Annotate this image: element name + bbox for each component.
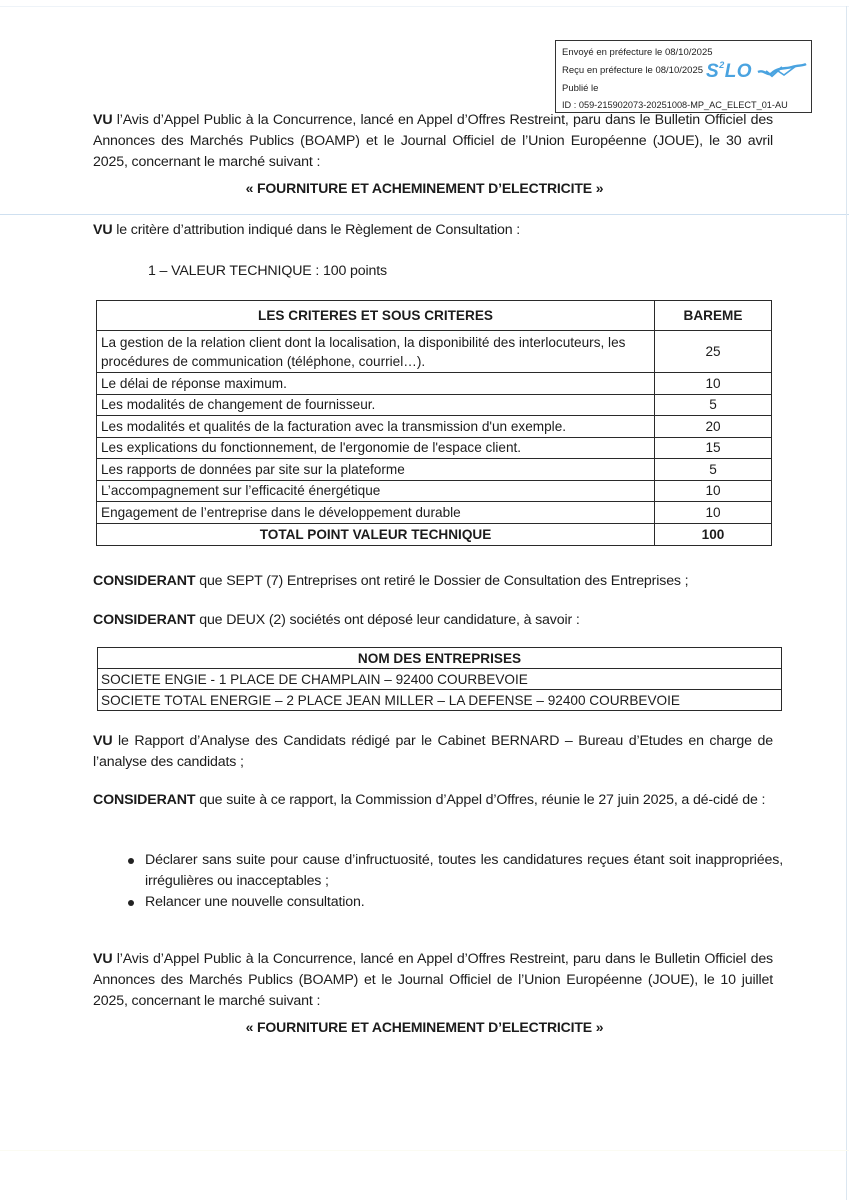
companies-column-header: NOM DES ENTREPRISES: [98, 648, 782, 669]
decision-list: Déclarer sans suite pour cause d’infruct…: [93, 850, 783, 913]
criterion-cell: L’accompagnement sur l’efficacité énergé…: [97, 480, 655, 502]
vu-label: VU: [93, 112, 112, 128]
points-cell: 10: [655, 502, 772, 524]
points-cell: 25: [655, 331, 772, 373]
decision-text: Déclarer sans suite pour cause d’infruct…: [145, 852, 783, 889]
companies-table: NOM DES ENTREPRISES SOCIETE ENGIE - 1 PL…: [97, 647, 782, 711]
stamp-id: ID : 059-215902073-20251008-MP_AC_ELECT_…: [562, 100, 788, 110]
criterion-cell: Les modalités et qualités de la facturat…: [97, 416, 655, 438]
vu-avis-paragraph-2: VU l’Avis d’Appel Public à la Concurrenc…: [93, 949, 773, 1012]
table-row: L’accompagnement sur l’efficacité énergé…: [97, 480, 772, 502]
considerant-paragraph-2: CONSIDERANT que DEUX (2) sociétés ont dé…: [93, 610, 833, 631]
criteria-table: LES CRITERES ET SOUS CRITERES BAREME La …: [96, 300, 772, 546]
stamp-published: Publié le: [562, 83, 598, 94]
table-row: Les explications du fonctionnement, de l…: [97, 437, 772, 459]
criteria-table-header: LES CRITERES ET SOUS CRITERES BAREME: [97, 301, 772, 331]
considerant-paragraph-3: CONSIDERANT que suite à ce rapport, la C…: [93, 790, 773, 811]
vu-rapport-paragraph: VU le Rapport d’Analyse des Candidats ré…: [93, 731, 773, 773]
vu-label: VU: [93, 951, 112, 967]
vu-label: VU: [93, 733, 112, 749]
stamp-received-date: Reçu en préfecture le 08/10/2025: [562, 65, 703, 76]
points-cell: 20: [655, 416, 772, 438]
considerant-label: CONSIDERANT: [93, 612, 195, 628]
table-row: Les rapports de données par site sur la …: [97, 459, 772, 481]
table-row: Engagement de l’entreprise dans le dével…: [97, 502, 772, 524]
vu-critere-text: le critère d’attribution indiqué dans le…: [112, 222, 520, 238]
bareme-column-header: BAREME: [655, 301, 772, 331]
points-cell: 10: [655, 480, 772, 502]
criterion-cell: Les explications du fonctionnement, de l…: [97, 437, 655, 459]
total-points: 100: [655, 523, 772, 545]
table-row: Les modalités de changement de fournisse…: [97, 394, 772, 416]
market-title-1: « FOURNITURE ET ACHEMINEMENT D’ELECTRICI…: [0, 178, 849, 199]
considerant-paragraph-1: CONSIDERANT que SEPT (7) Entreprises ont…: [93, 571, 833, 592]
companies-table-header: NOM DES ENTREPRISES: [98, 648, 782, 669]
criterion-cell: Engagement de l’entreprise dans le dével…: [97, 502, 655, 524]
vu-avis-paragraph-1: VU l’Avis d’Appel Public à la Concurrenc…: [93, 110, 773, 173]
vu-avis-text: l’Avis d’Appel Public à la Concurrence, …: [93, 951, 773, 1009]
stamp-sent-date: Envoyé en préfecture le 08/10/2025: [562, 47, 713, 58]
market-title-2: « FOURNITURE ET ACHEMINEMENT D’ELECTRICI…: [0, 1017, 849, 1038]
vu-avis-text: l’Avis d’Appel Public à la Concurrence, …: [93, 112, 773, 170]
vu-rapport-text: le Rapport d’Analyse des Candidats rédig…: [93, 733, 773, 770]
table-row: Les modalités et qualités de la facturat…: [97, 416, 772, 438]
table-row: La gestion de la relation client dont la…: [97, 331, 772, 373]
checkmark-swoosh-icon: [756, 63, 808, 79]
criterion-cell: La gestion de la relation client dont la…: [97, 331, 655, 373]
table-row: Le délai de réponse maximum. 10: [97, 373, 772, 395]
company-cell: SOCIETE TOTAL ENERGIE – 2 PLACE JEAN MIL…: [98, 690, 782, 711]
list-item: Déclarer sans suite pour cause d’infruct…: [93, 850, 783, 892]
scan-fold-line: [0, 214, 849, 215]
vu-label: VU: [93, 222, 112, 238]
considerant-label: CONSIDERANT: [93, 792, 195, 808]
scan-edge-top: [0, 6, 849, 7]
criterion-cell: Les rapports de données par site sur la …: [97, 459, 655, 481]
list-item: Relancer une nouvelle consultation.: [93, 892, 783, 913]
total-label: TOTAL POINT VALEUR TECHNIQUE: [97, 523, 655, 545]
considerant-text: que DEUX (2) sociétés ont déposé leur ca…: [195, 612, 579, 628]
prefecture-stamp: Envoyé en préfecture le 08/10/2025 Reçu …: [555, 40, 812, 113]
points-cell: 15: [655, 437, 772, 459]
vu-critere-paragraph: VU le critère d’attribution indiqué dans…: [93, 220, 773, 241]
considerant-text: que suite à ce rapport, la Commission d’…: [195, 792, 765, 808]
bullet-icon: [128, 858, 134, 864]
points-cell: 5: [655, 459, 772, 481]
total-row: TOTAL POINT VALEUR TECHNIQUE 100: [97, 523, 772, 545]
considerant-text: que SEPT (7) Entreprises ont retiré le D…: [195, 573, 688, 589]
bullet-icon: [128, 900, 134, 906]
scan-edge-bottom: [0, 1150, 849, 1151]
s2lo-logo: S2LO: [706, 60, 752, 83]
table-row: SOCIETE ENGIE - 1 PLACE DE CHAMPLAIN – 9…: [98, 669, 782, 690]
logo-letter: S: [706, 61, 719, 82]
company-cell: SOCIETE ENGIE - 1 PLACE DE CHAMPLAIN – 9…: [98, 669, 782, 690]
criterion-cell: Les modalités de changement de fournisse…: [97, 394, 655, 416]
criteria-column-header: LES CRITERES ET SOUS CRITERES: [97, 301, 655, 331]
criterion-cell: Le délai de réponse maximum.: [97, 373, 655, 395]
points-cell: 5: [655, 394, 772, 416]
points-cell: 10: [655, 373, 772, 395]
decision-text: Relancer une nouvelle consultation.: [145, 894, 365, 910]
valeur-technique-heading: 1 – VALEUR TECHNIQUE : 100 points: [148, 261, 548, 282]
logo-letters: LO: [725, 61, 752, 82]
table-row: SOCIETE TOTAL ENERGIE – 2 PLACE JEAN MIL…: [98, 690, 782, 711]
considerant-label: CONSIDERANT: [93, 573, 195, 589]
